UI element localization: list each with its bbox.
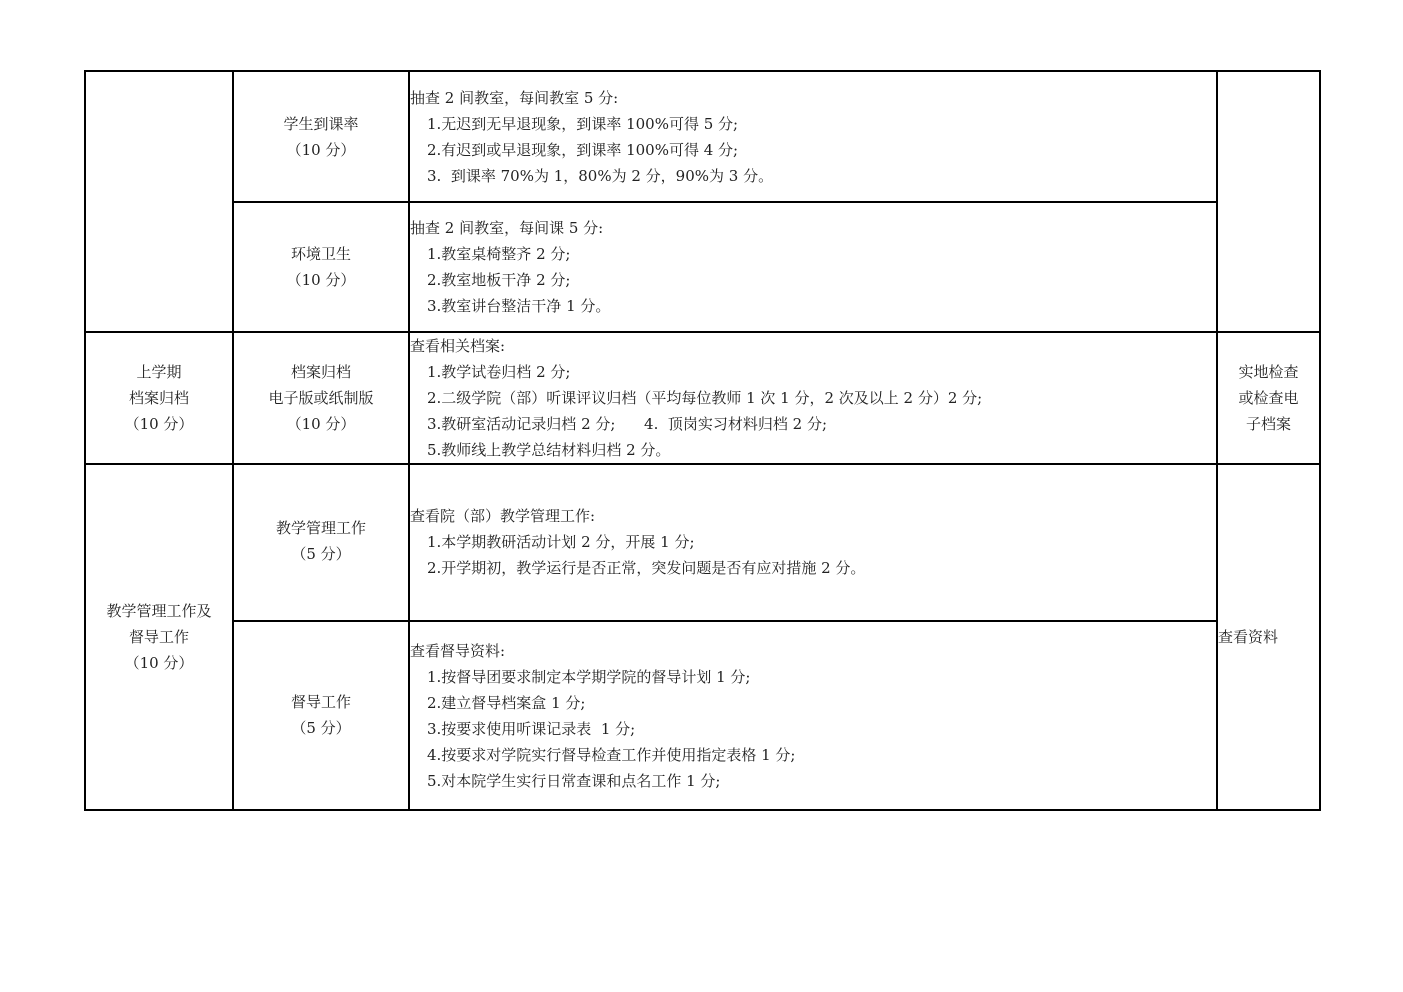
document-page: 学生到课率 （10 分） 抽查 2 间教室，每间教室 5 分: 1.无迟到无早退… (0, 0, 1403, 992)
item-score: （10 分） (234, 411, 408, 437)
item-score: （10 分） (234, 267, 408, 293)
item-subtitle: 电子版或纸制版 (234, 385, 408, 411)
table-row: 环境卫生 （10 分） 抽查 2 间教室，每间课 5 分: 1.教室桌椅整齐 2… (85, 202, 1320, 332)
category-line: 上学期 (86, 359, 232, 385)
item-cell: 督导工作 （5 分） (233, 621, 409, 810)
description-item: 5.对本院学生实行日常查课和点名工作 1 分; (410, 768, 1216, 794)
method-line: 或检查电 (1218, 385, 1319, 411)
item-cell: 档案归档 电子版或纸制版 （10 分） (233, 332, 409, 464)
description-item: 1.无迟到无早退现象，到课率 100%可得 5 分; (410, 111, 1216, 137)
description-item: 2.开学期初，教学运行是否正常，突发问题是否有应对措施 2 分。 (410, 555, 1216, 581)
description-item: 4.按要求对学院实行督导检查工作并使用指定表格 1 分; (410, 742, 1216, 768)
item-name: 督导工作 (234, 689, 408, 715)
category-cell-empty (85, 71, 233, 332)
description-title: 查看相关档案: (410, 333, 1216, 359)
description-cell: 抽查 2 间教室，每间课 5 分: 1.教室桌椅整齐 2 分; 2.教室地板干净… (409, 202, 1217, 332)
method-line: 子档案 (1218, 411, 1319, 437)
description-item: 2.教室地板干净 2 分; (410, 267, 1216, 293)
method-line: 实地检查 (1218, 359, 1319, 385)
item-name: 学生到课率 (234, 111, 408, 137)
category-score: （10 分） (86, 411, 232, 437)
description-item: 3.教研室活动记录归档 2 分; 4. 顶岗实习材料归档 2 分; (410, 411, 1216, 437)
description-item: 3. 到课率 70%为 1，80%为 2 分，90%为 3 分。 (410, 163, 1216, 189)
description-cell: 查看院（部）教学管理工作: 1.本学期教研活动计划 2 分，开展 1 分; 2.… (409, 464, 1217, 621)
category-line: 教学管理工作及 (86, 598, 232, 624)
description-cell: 查看相关档案: 1.教学试卷归档 2 分; 2.二级学院（部）听课评议归档（平均… (409, 332, 1217, 464)
item-score: （5 分） (234, 541, 408, 567)
item-cell: 教学管理工作 （5 分） (233, 464, 409, 621)
item-score: （5 分） (234, 715, 408, 741)
description-item: 3.教室讲台整洁干净 1 分。 (410, 293, 1216, 319)
description-item: 1.教室桌椅整齐 2 分; (410, 241, 1216, 267)
method-cell-empty (1217, 71, 1320, 332)
category-line: 督导工作 (86, 624, 232, 650)
description-title: 抽查 2 间教室，每间教室 5 分: (410, 85, 1216, 111)
method-text: 查看资料 (1218, 624, 1319, 650)
method-cell: 实地检查 或检查电 子档案 (1217, 332, 1320, 464)
method-cell: 查看资料 (1217, 464, 1320, 810)
description-item: 3.按要求使用听课记录表 1 分; (410, 716, 1216, 742)
evaluation-table: 学生到课率 （10 分） 抽查 2 间教室，每间教室 5 分: 1.无迟到无早退… (84, 70, 1321, 811)
description-item: 5.教师线上教学总结材料归档 2 分。 (410, 437, 1216, 463)
description-item: 2.有迟到或早退现象，到课率 100%可得 4 分; (410, 137, 1216, 163)
description-cell: 查看督导资料: 1.按督导团要求制定本学期学院的督导计划 1 分; 2.建立督导… (409, 621, 1217, 810)
item-cell: 环境卫生 （10 分） (233, 202, 409, 332)
table-row: 督导工作 （5 分） 查看督导资料: 1.按督导团要求制定本学期学院的督导计划 … (85, 621, 1320, 810)
description-item: 1.本学期教研活动计划 2 分，开展 1 分; (410, 529, 1216, 555)
description-item: 2.建立督导档案盒 1 分; (410, 690, 1216, 716)
table-row: 学生到课率 （10 分） 抽查 2 间教室，每间教室 5 分: 1.无迟到无早退… (85, 71, 1320, 202)
item-name: 教学管理工作 (234, 515, 408, 541)
category-line: 档案归档 (86, 385, 232, 411)
table-row: 上学期 档案归档 （10 分） 档案归档 电子版或纸制版 （10 分） 查看相关… (85, 332, 1320, 464)
description-item: 1.教学试卷归档 2 分; (410, 359, 1216, 385)
category-cell: 教学管理工作及 督导工作 （10 分） (85, 464, 233, 810)
item-name: 环境卫生 (234, 241, 408, 267)
description-title: 查看督导资料: (410, 638, 1216, 664)
item-score: （10 分） (234, 137, 408, 163)
category-cell: 上学期 档案归档 （10 分） (85, 332, 233, 464)
description-item: 1.按督导团要求制定本学期学院的督导计划 1 分; (410, 664, 1216, 690)
description-title: 抽查 2 间教室，每间课 5 分: (410, 215, 1216, 241)
table-row: 教学管理工作及 督导工作 （10 分） 教学管理工作 （5 分） 查看院（部）教… (85, 464, 1320, 621)
description-item: 2.二级学院（部）听课评议归档（平均每位教师 1 次 1 分，2 次及以上 2 … (410, 385, 1216, 411)
category-score: （10 分） (86, 650, 232, 676)
description-cell: 抽查 2 间教室，每间教室 5 分: 1.无迟到无早退现象，到课率 100%可得… (409, 71, 1217, 202)
item-name: 档案归档 (234, 359, 408, 385)
item-cell: 学生到课率 （10 分） (233, 71, 409, 202)
description-title: 查看院（部）教学管理工作: (410, 503, 1216, 529)
